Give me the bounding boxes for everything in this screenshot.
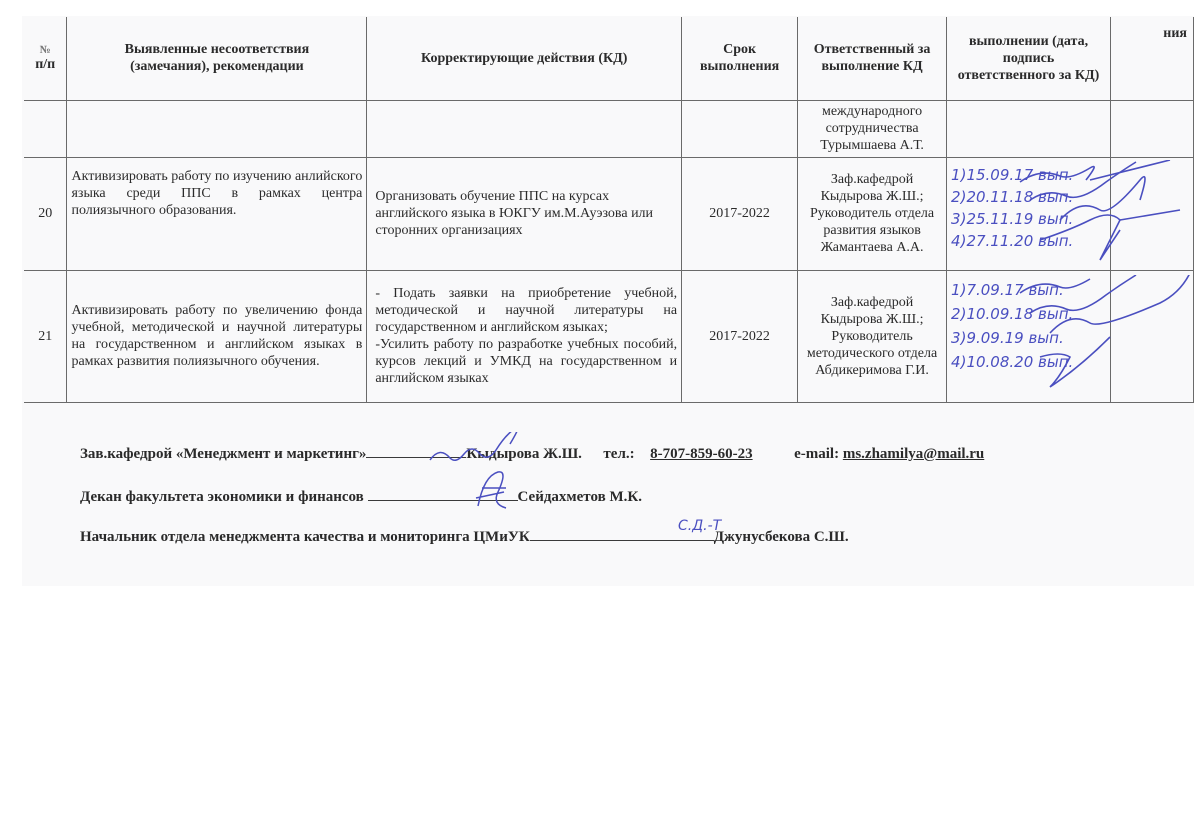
row-deadline <box>682 100 798 157</box>
completion-entry: 2)20.11.18 вып. <box>951 186 1073 208</box>
row-number: 21 <box>24 270 67 402</box>
header-number: № п/п <box>24 17 67 100</box>
header-actions: Корректирующие действия (КД) <box>367 17 682 100</box>
row-issue: Активизировать работу по изучению анлийс… <box>67 157 367 270</box>
signature-line-quality: Начальник отдела менеджмента качества и … <box>80 526 849 546</box>
completion-entry: 3)9.09.19 вып. <box>951 327 1064 349</box>
corrective-actions-table: № п/п Выявленные несоответствия (замечан… <box>24 17 1194 403</box>
quality-name: Джунусбекова С.Ш. <box>714 529 849 545</box>
row-number: 20 <box>24 157 67 270</box>
quality-initials: С.Д.-Т <box>678 515 721 537</box>
row-action: - Подать заявки на приобретение учебной,… <box>367 270 682 402</box>
table-row: 20 Активизировать работу по изучению анл… <box>24 157 1194 270</box>
header-completion: выполнении (дата, подпись ответственного… <box>947 17 1111 100</box>
row-issue <box>67 100 367 157</box>
table-row: 21 Активизировать работу по увеличению ф… <box>24 270 1194 402</box>
header-number-symbol: № <box>28 44 62 56</box>
completion-entry: 2)10.09.18 вып. <box>951 303 1073 325</box>
completion-entry: 4)27.11.20 вып. <box>951 230 1073 252</box>
signature-line-head: Зав.кафедрой «Менеджмент и маркетинг»Кыд… <box>80 443 984 463</box>
phone-label: тел.: <box>603 446 634 462</box>
header-issues: Выявленные несоответствия (замечания), р… <box>67 17 367 100</box>
header-note: ния <box>1110 17 1193 100</box>
row-deadline: 2017-2022 <box>682 270 798 402</box>
row-note <box>1110 100 1193 157</box>
dean-title: Декан факультета экономики и финансов <box>80 489 364 505</box>
row-completion: 1)7.09.17 вып. 2)10.09.18 вып. 3)9.09.19… <box>947 270 1111 402</box>
quality-title: Начальник отдела менеджмента качества и … <box>80 529 530 545</box>
row-responsible: Заф.кафедрой Кыдырова Ж.Ш.; Руководитель… <box>798 270 947 402</box>
completion-entry: 1)15.09.17 вып. <box>951 164 1073 186</box>
row-issue: Активизировать работу по увеличению фонд… <box>67 270 367 402</box>
head-title: Зав.кафедрой «Менеджмент и маркетинг» <box>80 446 366 462</box>
header-responsible: Ответственный за выполнение КД <box>798 17 947 100</box>
head-name: Кыдырова Ж.Ш. <box>466 446 582 462</box>
action-line: - Подать заявки на приобретение учебной,… <box>375 285 677 336</box>
row-note <box>1110 270 1193 402</box>
completion-entry: 4)10.08.20 вып. <box>951 351 1073 373</box>
row-completion <box>947 100 1111 157</box>
row-number <box>24 100 67 157</box>
action-line: -Усилить работу по разработке учебных по… <box>375 336 677 387</box>
header-deadline: Срок выполнения <box>682 17 798 100</box>
row-responsible: Заф.кафедрой Кыдырова Ж.Ш.; Руководитель… <box>798 157 947 270</box>
phone-link[interactable]: 8-707-859-60-23 <box>650 446 752 462</box>
table-row: международного сотрудничества Турымшаева… <box>24 100 1194 157</box>
completion-entry: 3)25.11.19 вып. <box>951 208 1073 230</box>
row-action: Организовать обучение ППС на курсах англ… <box>367 157 682 270</box>
row-deadline: 2017-2022 <box>682 157 798 270</box>
completion-entry: 1)7.09.17 вып. <box>951 279 1064 301</box>
signature-blank <box>366 443 466 458</box>
email-link[interactable]: ms.zhamilya@mail.ru <box>843 446 984 462</box>
signature-blank <box>368 486 518 501</box>
table-header-row: № п/п Выявленные несоответствия (замечан… <box>24 17 1194 100</box>
dean-name: Сейдахметов М.К. <box>518 489 642 505</box>
row-note <box>1110 157 1193 270</box>
signature-line-dean: Декан факультета экономики и финансов Се… <box>80 486 642 506</box>
header-number-label: п/п <box>28 56 62 73</box>
row-action <box>367 100 682 157</box>
row-responsible: международного сотрудничества Турымшаева… <box>798 100 947 157</box>
email-label: e-mail: <box>794 446 839 462</box>
row-completion: 1)15.09.17 вып. 2)20.11.18 вып. 3)25.11.… <box>947 157 1111 270</box>
